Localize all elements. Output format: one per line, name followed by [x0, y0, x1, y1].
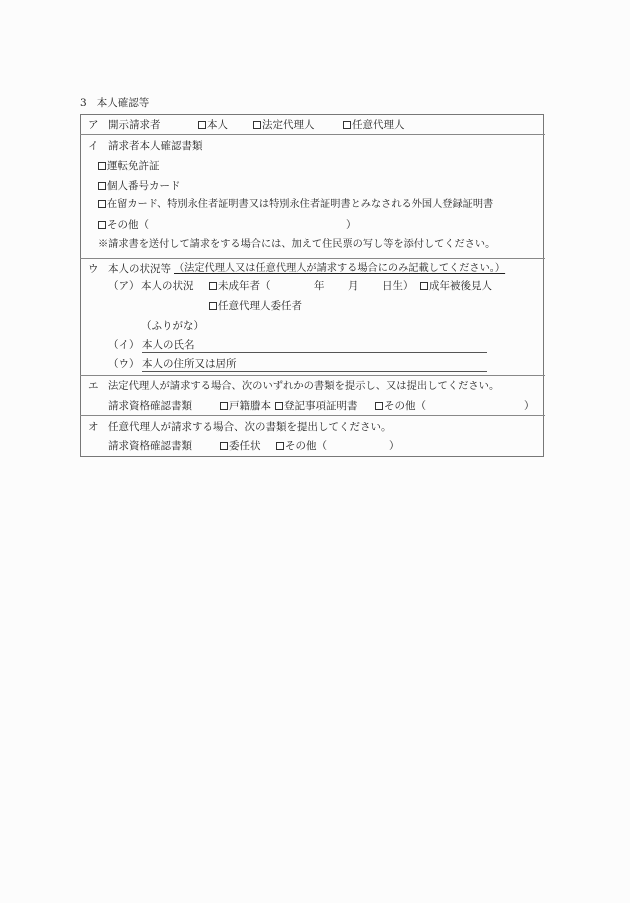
checkbox-icon[interactable] [276, 442, 284, 450]
row-marker: ウ [88, 263, 99, 275]
principal-name-label: 本人の氏名 [142, 339, 195, 351]
checkbox-voluntary-other[interactable]: その他（ [276, 440, 327, 452]
checkbox-icon[interactable] [98, 200, 106, 208]
id-documents-label: 請求者本人確認書類 [108, 140, 203, 152]
checkbox-power-of-attorney[interactable]: 委任状 [220, 440, 261, 452]
checkbox-voluntary-agent[interactable]: 任意代理人 [343, 119, 405, 131]
principal-condition-label: 本人の状況 [141, 280, 194, 292]
section-title: 3 本人確認等 [80, 97, 149, 109]
checkbox-icon[interactable] [420, 282, 428, 290]
checkbox-icon[interactable] [209, 302, 217, 310]
row-divider [80, 258, 545, 259]
sub-marker: （ア） [108, 280, 140, 292]
checkbox-icon[interactable] [220, 442, 228, 450]
row-divider [80, 375, 545, 376]
principal-status-label: 本人の状況等 [108, 263, 171, 275]
sub-marker: （ウ） [108, 358, 140, 370]
section-number: 3 [80, 97, 87, 109]
voluntary-agent-instruction: 任意代理人が請求する場合、次の書類を提出してください。 [108, 421, 392, 433]
checkbox-icon[interactable] [253, 121, 261, 129]
checkbox-icon[interactable] [343, 121, 351, 129]
checkbox-principal-of-agent[interactable]: 任意代理人委任者 [209, 300, 302, 312]
row-divider [80, 134, 545, 135]
checkbox-adult-ward[interactable]: 成年被後見人 [420, 280, 492, 292]
row-marker: エ [88, 380, 99, 392]
checkbox-drivers-license[interactable]: 運転免許証 [98, 160, 160, 172]
checkbox-my-number-card[interactable]: 個人番号カード [98, 180, 181, 192]
checkbox-id-other[interactable]: その他（ [98, 219, 149, 231]
checkbox-legal-agent[interactable]: 法定代理人 [253, 119, 315, 131]
row-divider [80, 415, 545, 416]
checkbox-icon[interactable] [209, 282, 217, 290]
row-marker: オ [88, 421, 99, 433]
legal-agent-instruction: 法定代理人が請求する場合、次のいずれかの書類を提示し、又は提出してください。 [108, 380, 499, 392]
checkbox-icon[interactable] [275, 402, 283, 410]
row-marker: ア [88, 119, 99, 131]
month-label: 月 [348, 280, 359, 292]
section-title-text: 本人確認等 [97, 97, 150, 109]
checkbox-icon[interactable] [220, 402, 228, 410]
other-close-paren: ） [346, 219, 357, 231]
qualification-docs-label: 請求資格確認書類 [108, 440, 192, 452]
principal-address-label: 本人の住所又は居所 [142, 358, 237, 370]
checkbox-registry-certificate[interactable]: 登記事項証明書 [275, 400, 358, 412]
qualification-docs-label: 請求資格確認書類 [108, 400, 192, 412]
sub-marker: （イ） [108, 339, 140, 351]
checkbox-icon[interactable] [98, 162, 106, 170]
checkbox-icon[interactable] [198, 121, 206, 129]
checkbox-icon[interactable] [98, 221, 106, 229]
mailing-note: ※請求書を送付して請求をする場合には、加えて住民票の写し等を添付してください。 [98, 239, 495, 251]
principal-name-field[interactable] [142, 352, 487, 353]
checkbox-icon[interactable] [375, 402, 383, 410]
checkbox-residence-card[interactable]: 在留カード、特別永住者証明書又は特別永住者証明書とみなされる外国人登録証明書 [98, 199, 493, 211]
furigana-label: （ふりがな） [141, 320, 204, 332]
other-close-paren: ） [524, 400, 535, 412]
checkbox-icon[interactable] [98, 182, 106, 190]
checkbox-legal-other[interactable]: その他（ [375, 400, 426, 412]
day-born-label: 日生） [382, 280, 414, 292]
requester-label: 開示請求者 [108, 119, 161, 131]
year-label: 年 [314, 280, 325, 292]
principal-address-field[interactable] [142, 371, 487, 372]
checkbox-family-register[interactable]: 戸籍謄本 [220, 400, 271, 412]
principal-status-note: （法定代理人又は任意代理人が請求する場合にのみ記載してください。） [174, 263, 505, 275]
checkbox-minor[interactable]: 未成年者（ [209, 280, 271, 292]
row-marker: イ [88, 140, 99, 152]
other-close-paren: ） [389, 440, 400, 452]
checkbox-self[interactable]: 本人 [198, 119, 228, 131]
